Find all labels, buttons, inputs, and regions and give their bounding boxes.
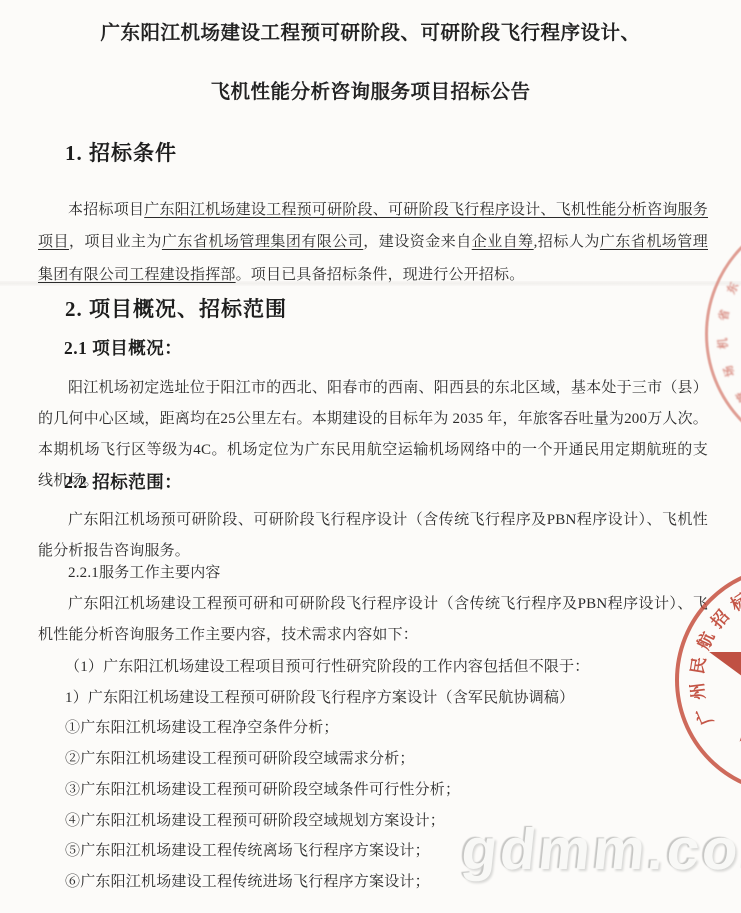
text-run: 本招标项目 <box>68 202 144 218</box>
stamp-character: 管 <box>729 381 741 409</box>
section-2-2-1-heading: 2.2.1服务工作主要内容 <box>38 558 708 589</box>
stamp-character: 标 <box>723 585 741 613</box>
section-2-heading: 2. 项目概况、招标范围 <box>65 295 287 323</box>
text-run: ,招标人为 <box>534 234 600 250</box>
section-2-2-heading: 2.2 招标范围： <box>64 470 182 494</box>
site-watermark: gdmm.com <box>458 816 741 883</box>
red-seal-stamp-upper: 广东省机场管 <box>705 208 741 460</box>
stamp-character: 东 <box>721 275 741 302</box>
text-run: ，项目业主为 <box>69 234 162 250</box>
stamp-character: 航 <box>689 626 716 653</box>
stamp-character: 招 <box>703 602 731 630</box>
stamp-character: 场 <box>718 358 741 384</box>
stamp-character: 广 <box>735 251 741 279</box>
section-1-paragraph: 本招标项目广东阳江机场建设工程预可研阶段、可研阶段飞行程序设计、飞机性能分析咨询… <box>38 194 708 291</box>
stamp-character: 广 <box>688 705 714 731</box>
stamp-character: 民 <box>683 653 706 676</box>
stamp-character: 省 <box>714 304 737 327</box>
list-item: ①广东阳江机场建设工程净空条件分析； <box>38 713 718 744</box>
text-run: ，建设资金来自 <box>363 234 471 250</box>
section-2-2-1-paragraph: 广东阳江机场建设工程预可研和可研阶段飞行程序设计（含传统飞行程序及PBN程序设计… <box>38 589 708 651</box>
stamp-character: 机 <box>714 332 736 354</box>
list-item: ③广东阳江机场建设工程预可研阶段空域条件可行性分析； <box>38 775 718 806</box>
list-item: （1）广东阳江机场建设工程项目预可行性研究阶段的工作内容包括但不限于： <box>38 652 718 683</box>
document-title-line-2: 飞机性能分析咨询服务项目招标公告 <box>0 81 741 105</box>
text-run: 。项目已具备招标条件，现进行公开招标。 <box>236 267 525 283</box>
stamp-character: 州 <box>683 681 705 703</box>
document-title-line-1: 广东阳江机场建设工程预可研阶段、可研阶段飞行程序设计、 <box>0 22 741 46</box>
list-item: ②广东阳江机场建设工程预可研阶段空域需求分析； <box>38 744 718 775</box>
section-2-1-heading: 2.1 项目概况： <box>64 336 182 360</box>
underlined-text: 广东省机场管理集团有限公司 <box>162 234 363 250</box>
section-1-heading: 1. 招标条件 <box>65 139 177 167</box>
underlined-text: 企业自筹 <box>472 234 534 250</box>
document-page: 广东阳江机场建设工程预可研阶段、可研阶段飞行程序设计、 飞机性能分析咨询服务项目… <box>0 0 741 913</box>
list-item: 1）广东阳江机场建设工程预可研阶段飞行程序方案设计（含军民航协调稿） <box>38 683 718 714</box>
